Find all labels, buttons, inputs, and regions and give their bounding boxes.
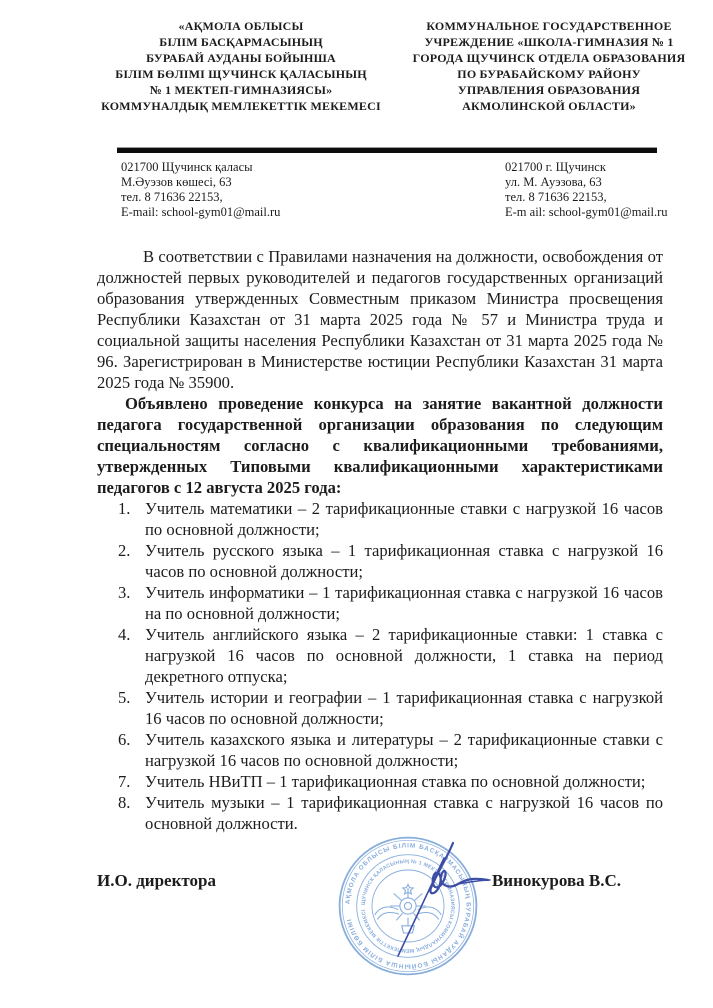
org-name-russian-line: УПРАВЛЕНИЯ ОБРАЗОВАНИЯ	[400, 82, 698, 98]
contact-block-russian: 021700 г. Щучинск ул. М. Ауэзова, 63 тел…	[505, 160, 668, 220]
email-address: E-m ail: school-gym01@mail.ru	[505, 205, 668, 220]
org-name-kazakh: «АҚМОЛА ОБЛЫСЫ БІЛІМ БАСҚАРМАСЫНЫҢ БУРАБ…	[84, 18, 398, 114]
vacancy-item: Учитель истории и географии – 1 тарифика…	[97, 687, 663, 729]
header-divider	[117, 147, 657, 153]
vacancy-item: Учитель русского языка – 1 тарификационн…	[97, 540, 663, 582]
org-name-russian-line: ПО БУРАБАЙСКОМУ РАЙОНУ	[400, 66, 698, 82]
vacancy-item: Учитель казахского языка и литературы – …	[97, 729, 663, 771]
org-name-kazakh-line: БІЛІМ БАСҚАРМАСЫНЫҢ	[84, 34, 398, 50]
contact-block-kazakh: 021700 Щучинск қаласы М.Әуэзов көшесі, 6…	[121, 160, 280, 220]
org-name-kazakh-line: КОММУНАЛДЫҚ МЕМЛЕКЕТТІК МЕКЕМЕСІ	[84, 98, 398, 114]
handwritten-signature	[340, 818, 540, 968]
postal-address: 021700 г. Щучинск	[505, 160, 668, 175]
paragraph-legal-basis: В соответствии с Правилами назначения на…	[97, 246, 663, 393]
org-name-kazakh-line: БУРАБАЙ АУДАНЫ БОЙЫНША	[84, 50, 398, 66]
email-address: E-mail: school-gym01@mail.ru	[121, 205, 280, 220]
signatory-position: И.О. директора	[97, 870, 216, 891]
org-name-russian: КОММУНАЛЬНОЕ ГОСУДАРСТВЕННОЕ УЧРЕЖДЕНИЕ …	[400, 18, 698, 114]
org-name-kazakh-line: «АҚМОЛА ОБЛЫСЫ	[84, 18, 398, 34]
org-name-russian-line: АКМОЛИНСКОЙ ОБЛАСТИ»	[400, 98, 698, 114]
phone-number: тел. 8 71636 22153,	[121, 190, 280, 205]
vacancy-item: Учитель информатики – 1 тарификационная …	[97, 582, 663, 624]
document-body: В соответствии с Правилами назначения на…	[97, 246, 663, 891]
street-address: М.Әуэзов көшесі, 63	[121, 175, 280, 190]
paragraph-announcement: Объявлено проведение конкурса на занятие…	[97, 393, 663, 498]
document-page: «АҚМОЛА ОБЛЫСЫ БІЛІМ БАСҚАРМАСЫНЫҢ БУРАБ…	[0, 0, 713, 1008]
org-name-russian-line: УЧРЕЖДЕНИЕ «ШКОЛА-ГИМНАЗИЯ № 1	[400, 34, 698, 50]
org-name-russian-line: ГОРОДА ЩУЧИНСК ОТДЕЛА ОБРАЗОВАНИЯ	[400, 50, 698, 66]
vacancy-list: Учитель математики – 2 тарификационные с…	[97, 498, 663, 834]
phone-number: тел. 8 71636 22153,	[505, 190, 668, 205]
vacancy-item: Учитель НВиТП – 1 тарификационная ставка…	[97, 771, 663, 792]
postal-address: 021700 Щучинск қаласы	[121, 160, 280, 175]
org-name-russian-line: КОММУНАЛЬНОЕ ГОСУДАРСТВЕННОЕ	[400, 18, 698, 34]
vacancy-item: Учитель математики – 2 тарификационные с…	[97, 498, 663, 540]
org-name-kazakh-line: БІЛІМ БӨЛІМІ ЩУЧИНСК ҚАЛАСЫНЫҢ	[84, 66, 398, 82]
vacancy-item: Учитель английского языка – 2 тарификаци…	[97, 624, 663, 687]
org-name-kazakh-line: № 1 МЕКТЕП-ГИМНАЗИЯСЫ»	[84, 82, 398, 98]
street-address: ул. М. Ауэзова, 63	[505, 175, 668, 190]
